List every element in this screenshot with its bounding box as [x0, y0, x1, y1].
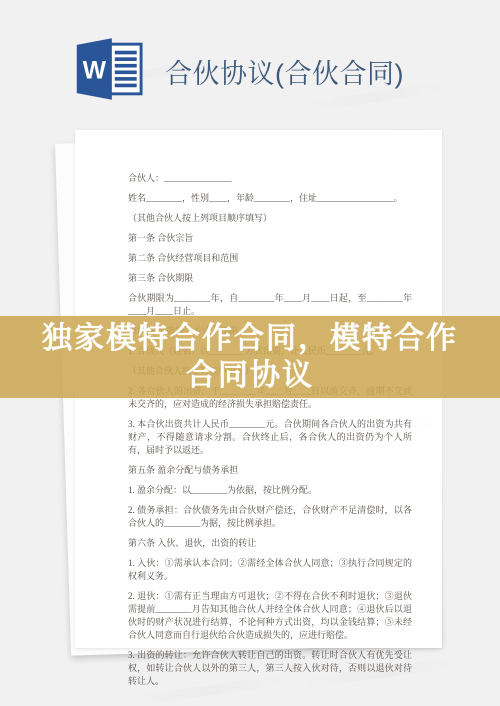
preview-header: W 合伙协议(合伙合同) [0, 0, 500, 130]
contract-paragraph: 2. 债务承担：合伙债务先由合伙财产偿还，合伙财产不足清偿时，以各合伙人的___… [128, 504, 412, 530]
contract-paragraph: 第二条 合伙经营项目和范围 [128, 252, 412, 265]
document-preview-card: W 合伙协议(合伙合同) 合伙人：_______________姓名______… [0, 0, 500, 706]
contract-paragraph: （其他合伙人按上列项目顺序填写） [128, 212, 412, 225]
caption-line-1: 独家模特合作合同，模特合作 [42, 320, 458, 357]
contract-paragraph: 合伙人：_______________ [128, 172, 412, 185]
contract-paragraph: 1. 盈余分配：以________为依据，按比例分配。 [128, 484, 412, 497]
caption-banner: 独家模特合作合同，模特合作 合同协议 [0, 316, 500, 398]
contract-paragraph: 3. 本合伙出资共计人民币________元。合伙期间各合伙人的出资为共有财产，… [128, 418, 412, 457]
caption-line-2: 合同协议 [186, 357, 314, 394]
contract-paragraph: 第六条 入伙、退伙，出资的转让 [128, 537, 412, 550]
page-title: 合伙协议(合伙合同) [165, 52, 404, 91]
contract-paragraph: 第五条 盈余分配与债务承担 [128, 464, 412, 477]
word-letter: W [83, 58, 107, 85]
contract-paragraph: 第一条 合伙宗旨 [128, 232, 412, 245]
contract-paragraph: 姓名________，性别____，年龄________，住址_________… [128, 192, 412, 205]
contract-paragraph: 2. 退伙：①需有正当理由方可退伙；②不得在合伙不利时退伙；③退伙需提前____… [128, 590, 412, 642]
contract-paragraph: 1. 入伙：①需承认本合同；②需经全体合伙人同意；③执行合同规定的权利义务。 [128, 557, 412, 583]
contract-paragraph: 3. 出资的转让：允许合伙人转让自己的出资。转让时合伙人有优先受让权，如转让合伙… [128, 649, 412, 688]
contract-paragraph: 第三条 合伙期限 [128, 272, 412, 285]
contract-paragraph: 合伙期限为________年，自________年____月____日起，至__… [128, 292, 412, 318]
contract-text: 合伙人：_______________姓名________，性别____，年龄_… [128, 172, 412, 688]
word-document-icon: W [68, 36, 144, 102]
